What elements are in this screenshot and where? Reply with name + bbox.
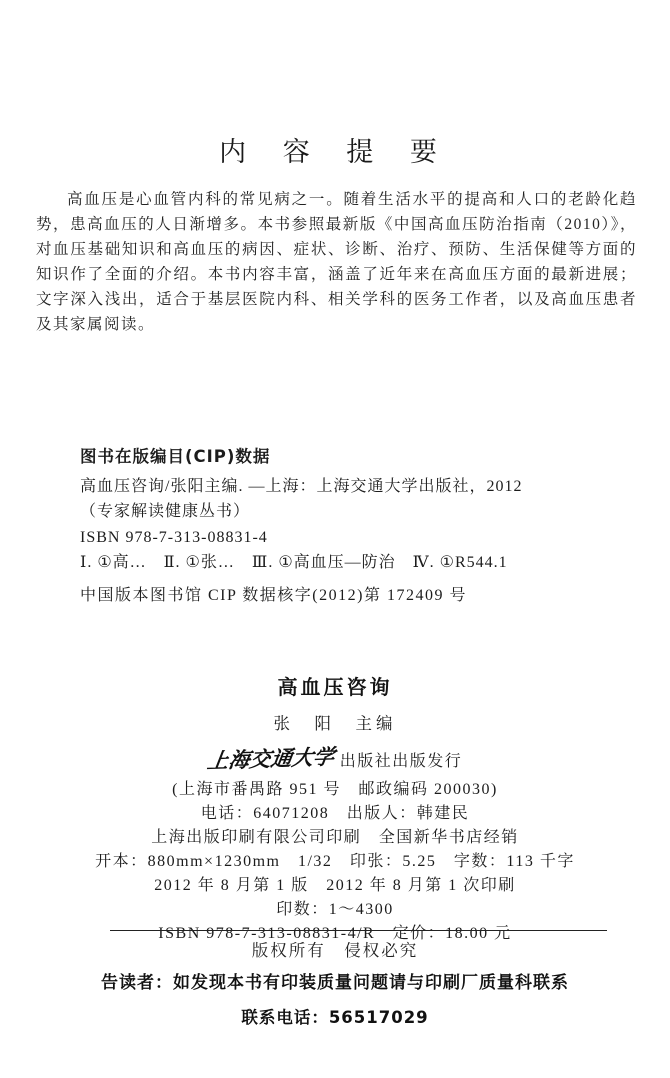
book-copyright-page: 内 容 提 要 高血压是心血管内科的常见病之一。随着生活水平的提高和人口的老龄化…	[0, 0, 670, 1078]
reader-quality-notice: 告读者：如发现本书有印装质量问题请与印刷厂质量科联系	[0, 968, 670, 993]
content-summary-paragraph: 高血压是心血管内科的常见病之一。随着生活水平的提高和人口的老龄化趋势，患高血压的…	[36, 187, 637, 337]
publisher-address: (上海市番禺路 951 号 邮政编码 200030)	[0, 778, 670, 802]
content-summary-title: 内 容 提 要	[0, 130, 670, 169]
publication-colophon: 高血压咨询 张 阳 主编 上海交通大学出版社出版发行 (上海市番禺路 951 号…	[0, 671, 670, 946]
cip-heading: 图书在版编目(CIP)数据	[80, 444, 600, 470]
format-sheets-wordcount: 开本：880mm×1230mm 1/32 印张：5.25 字数：113 千字	[0, 850, 670, 874]
print-run: 印数：1～4300	[0, 898, 670, 922]
contact-phone: 联系电话：56517029	[0, 1004, 670, 1028]
book-title: 高血压咨询	[0, 671, 670, 700]
cip-record-number: 中国版本图书馆 CIP 数据核字(2012)第 172409 号	[80, 583, 600, 609]
copyright-footer: 版权所有 侵权必究 告读者：如发现本书有印装质量问题请与印刷厂质量科联系 联系电…	[0, 937, 670, 1028]
cip-isbn: ISBN 978-7-313-08831-4	[80, 525, 600, 551]
footer-divider-rule	[110, 930, 607, 931]
copyright-notice: 版权所有 侵权必究	[0, 937, 670, 961]
editor-credit: 张 阳 主编	[0, 710, 670, 734]
edition-and-impression: 2012 年 8 月第 1 版 2012 年 8 月第 1 次印刷	[0, 874, 670, 898]
phone-and-publisher-person: 电话：64071208 出版人：韩建民	[0, 802, 670, 826]
cip-series-title: （专家解读健康丛书）	[80, 499, 600, 525]
cip-classification: Ⅰ. ①高… Ⅱ. ①张… Ⅲ. ①高血压—防治 Ⅳ. ①R544.1	[80, 550, 600, 576]
cip-title-statement: 高血压咨询/张阳主编. —上海：上海交通大学出版社，2012	[80, 474, 600, 500]
publisher-line: 上海交通大学出版社出版发行	[0, 743, 670, 773]
printer-and-distributor: 上海出版印刷有限公司印刷 全国新华书店经销	[0, 826, 670, 850]
publisher-logo-calligraphy: 上海交通大学	[205, 741, 336, 775]
publisher-suffix: 出版社出版发行	[340, 753, 463, 770]
cip-data-block: 图书在版编目(CIP)数据 高血压咨询/张阳主编. —上海：上海交通大学出版社，…	[80, 444, 600, 608]
